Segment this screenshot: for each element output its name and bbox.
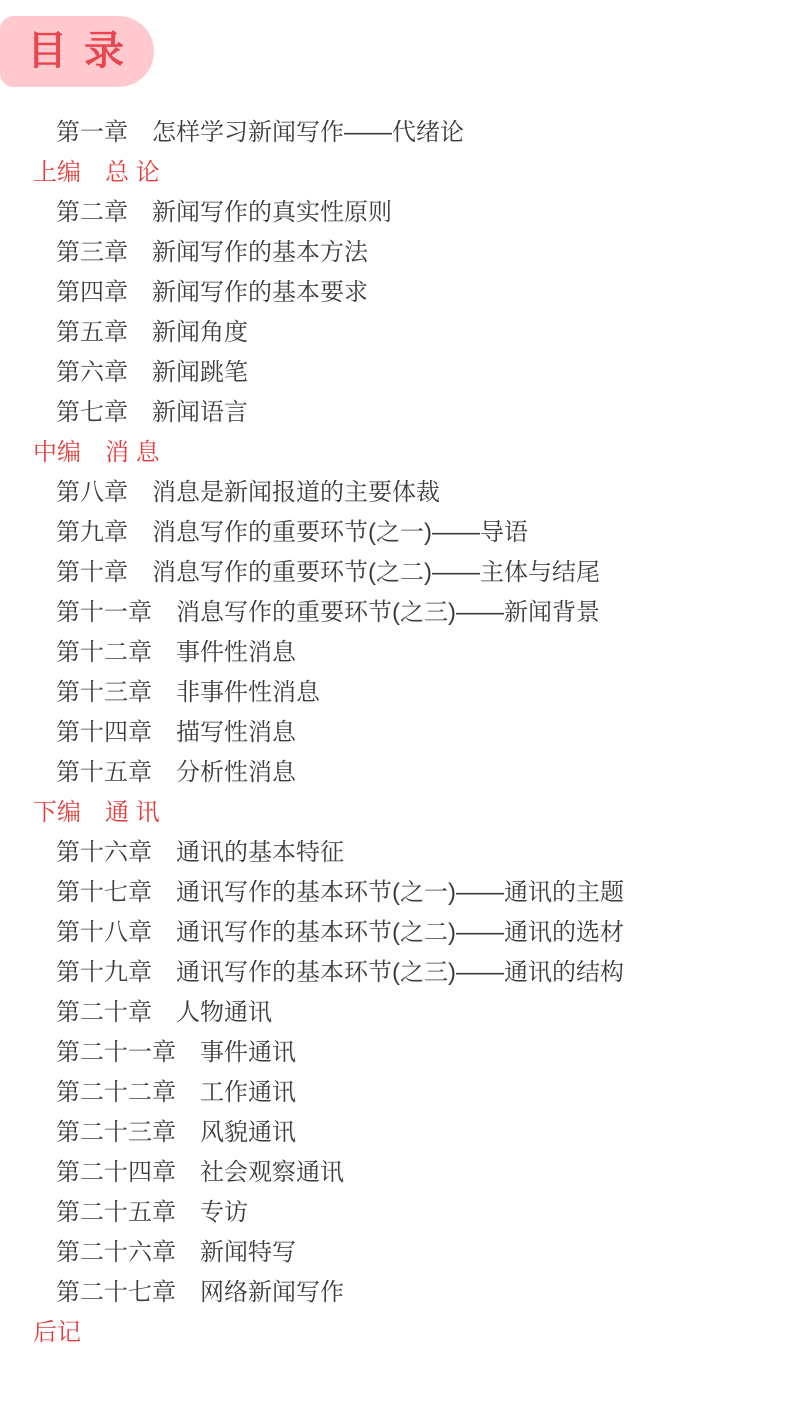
toc-chapter-row: 第十章 消息写作的重要环节(之二)——主体与结尾 <box>0 553 790 593</box>
toc-chapter-row: 第一章 怎样学习新闻写作——代绪论 <box>0 113 790 153</box>
toc-chapter-row: 第二十七章 网络新闻写作 <box>0 1273 790 1313</box>
toc-title-badge: 目 录 <box>0 16 154 87</box>
toc-section-header: 上编 总 论 <box>0 153 790 193</box>
toc-chapter-row: 第二十二章 工作通讯 <box>0 1073 790 1113</box>
toc-chapter-row: 第九章 消息写作的重要环节(之一)——导语 <box>0 513 790 553</box>
toc-chapter-row: 第二十章 人物通讯 <box>0 993 790 1033</box>
toc-chapter-row: 第十六章 通讯的基本特征 <box>0 833 790 873</box>
toc-chapter-row: 第二十六章 新闻特写 <box>0 1233 790 1273</box>
toc-section-header: 下编 通 讯 <box>0 793 790 833</box>
toc-chapter-row: 第十三章 非事件性消息 <box>0 673 790 713</box>
toc-chapter-row: 第三章 新闻写作的基本方法 <box>0 233 790 273</box>
toc-section-header: 后记 <box>0 1313 790 1353</box>
toc-chapter-row: 第七章 新闻语言 <box>0 393 790 433</box>
toc-chapter-row: 第十四章 描写性消息 <box>0 713 790 753</box>
toc-section-header: 中编 消 息 <box>0 433 790 473</box>
toc-chapter-row: 第十九章 通讯写作的基本环节(之三)——通讯的结构 <box>0 953 790 993</box>
toc-chapter-row: 第二十三章 风貌通讯 <box>0 1113 790 1153</box>
toc-chapter-row: 第十二章 事件性消息 <box>0 633 790 673</box>
toc-chapter-row: 第十五章 分析性消息 <box>0 753 790 793</box>
toc-chapter-row: 第八章 消息是新闻报道的主要体裁 <box>0 473 790 513</box>
toc-chapter-row: 第五章 新闻角度 <box>0 313 790 353</box>
toc-title: 目 录 <box>27 31 127 73</box>
toc-chapter-row: 第二十五章 专访 <box>0 1193 790 1233</box>
toc-chapter-row: 第六章 新闻跳笔 <box>0 353 790 393</box>
toc-chapter-row: 第十八章 通讯写作的基本环节(之二)——通讯的选材 <box>0 913 790 953</box>
toc-chapter-row: 第十七章 通讯写作的基本环节(之一)——通讯的主题 <box>0 873 790 913</box>
toc-chapter-row: 第四章 新闻写作的基本要求 <box>0 273 790 313</box>
toc-chapter-row: 第二十四章 社会观察通讯 <box>0 1153 790 1193</box>
toc-chapter-row: 第十一章 消息写作的重要环节(之三)——新闻背景 <box>0 593 790 633</box>
toc-chapter-row: 第二十一章 事件通讯 <box>0 1033 790 1073</box>
toc-chapter-row: 第二章 新闻写作的真实性原则 <box>0 193 790 233</box>
toc-list: 第一章 怎样学习新闻写作——代绪论上编 总 论第二章 新闻写作的真实性原则第三章… <box>0 113 790 1353</box>
